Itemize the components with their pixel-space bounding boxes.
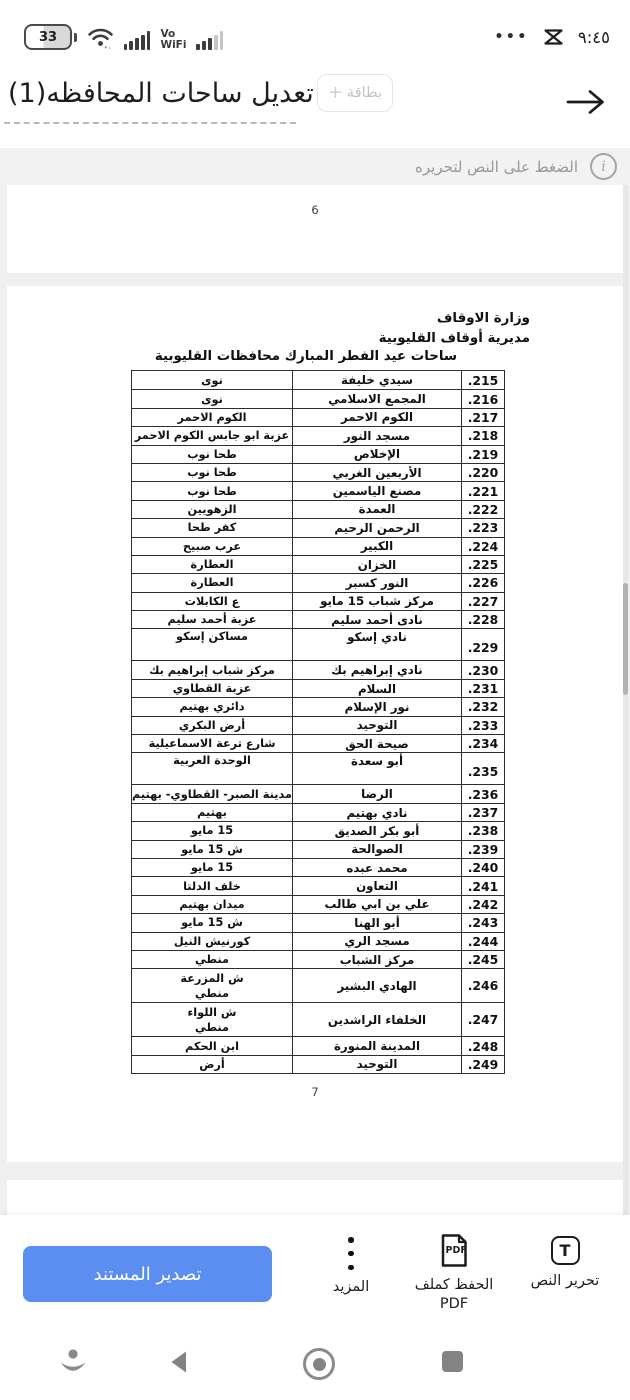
assistant-icon[interactable] — [56, 1346, 90, 1380]
cell-location[interactable]: نوى — [132, 371, 293, 389]
cell-name[interactable]: مركز شباب 15 مايو — [293, 593, 462, 610]
home-icon[interactable] — [303, 1348, 335, 1380]
cell-number[interactable]: .218 — [462, 427, 504, 444]
table-row: خلف الدلتاالتعاون.241 — [132, 876, 504, 894]
cell-number[interactable]: .215 — [462, 371, 504, 389]
svg-text:PDF: PDF — [446, 1245, 467, 1256]
cell-name[interactable]: الخلفاء الراشدين — [293, 1003, 462, 1036]
cell-number[interactable]: .239 — [462, 841, 504, 858]
table-row: ش 15 مايوأبو الهنا.243 — [132, 913, 504, 931]
cell-location[interactable]: العطارة — [132, 574, 293, 591]
cell-location[interactable]: 15 مايو — [132, 859, 293, 876]
table-row: كورنيش النيلمسجد الري.244 — [132, 932, 504, 950]
table-row: أرضالتوحيد.249 — [132, 1055, 504, 1073]
cell-location[interactable]: عزبة القطاوي — [132, 680, 293, 697]
table-row: أرض البكريالتوحيد.233 — [132, 716, 504, 734]
title-bar: تعديل ساحات المحافظه(1) + بطاقة — [0, 60, 630, 148]
info-hint-text: الضغط على النص لتحريره — [415, 158, 578, 176]
table-row: الوحدة العربيةأبو سعدة.235 — [132, 752, 504, 784]
cell-location[interactable]: ش اللواءمنطي — [132, 1003, 293, 1036]
table-row: شارع ترعة الاسماعيليةصيحة الحق.234 — [132, 734, 504, 752]
clock-time: ٩:٤٥ — [578, 28, 610, 47]
cell-location[interactable]: 15 مايو — [132, 822, 293, 839]
cell-location[interactable]: عرب صبيح — [132, 538, 293, 555]
cell-name[interactable]: مسجد النور — [293, 427, 462, 444]
cell-number[interactable]: .241 — [462, 877, 504, 894]
table-row: ع الكابلاتمركز شباب 15 مايو.227 — [132, 592, 504, 610]
table-row: عزبة ابو جابس الكوم الاحمرمسجد النور.218 — [132, 426, 504, 444]
cell-number[interactable]: .248 — [462, 1037, 504, 1054]
cell-location[interactable]: منطي — [132, 951, 293, 968]
cell-location[interactable]: ع الكابلات — [132, 593, 293, 610]
status-bar: 33 Vo WiFi ••• ٩:٤٥ — [0, 0, 630, 60]
cell-number[interactable]: .244 — [462, 933, 504, 950]
header-line-1[interactable]: وزارة الاوقاف — [7, 309, 623, 329]
cell-name[interactable]: التوحيد — [293, 1056, 462, 1073]
cell-name[interactable]: أبو بكر الصديق — [293, 822, 462, 839]
info-icon: i — [590, 153, 617, 180]
cell-number[interactable]: .240 — [462, 859, 504, 876]
cell-name[interactable]: علي بن ابي طالب — [293, 896, 462, 913]
table-row: منطيمركز الشباب.245 — [132, 950, 504, 968]
cell-number[interactable]: .233 — [462, 717, 504, 734]
export-document-button[interactable]: تصدير المستند — [23, 1246, 272, 1302]
cell-location[interactable]: بهتيم — [132, 804, 293, 821]
cell-number[interactable]: .219 — [462, 446, 504, 463]
cell-name[interactable]: سيدي خليفة — [293, 371, 462, 389]
table-row: الزهويينالعمدة.222 — [132, 500, 504, 518]
cell-location[interactable]: نوى — [132, 390, 293, 407]
cell-location[interactable]: مساكن إسكو — [132, 629, 293, 660]
cell-name[interactable]: الإخلاص — [293, 446, 462, 463]
text-edit-icon: T — [551, 1236, 580, 1265]
cell-number[interactable]: .220 — [462, 464, 504, 481]
cell-location[interactable]: شارع ترعة الاسماعيلية — [132, 735, 293, 752]
cell-name[interactable]: نادي إبراهيم بك — [293, 661, 462, 678]
document-viewer: 6 وزارة الاوقاف مديرية أوقاف القليوبية س… — [0, 185, 630, 1215]
cell-location[interactable]: طحا نوب — [132, 446, 293, 463]
toolbar-item-label: المزيد — [333, 1278, 369, 1297]
cell-location[interactable]: طحا نوب — [132, 464, 293, 481]
plus-icon: + — [328, 84, 343, 102]
bottom-toolbar: تصدير المستند T تحرير النص PDF الحفظ كمل… — [0, 1215, 630, 1330]
cell-name[interactable]: صيحة الحق — [293, 735, 462, 752]
table-row: ميدان بهتيمعلي بن ابي طالب.242 — [132, 895, 504, 913]
cell-name[interactable]: الخزان — [293, 556, 462, 573]
cell-location[interactable]: مدينة الصبر- القطاوي- بهتيم — [132, 785, 293, 802]
cell-location[interactable]: طحا نوب — [132, 482, 293, 499]
cell-number[interactable]: .236 — [462, 785, 504, 802]
back-icon[interactable] — [166, 1348, 190, 1376]
cell-number[interactable]: .227 — [462, 593, 504, 610]
table-row: 15 مايومحمد عبده.240 — [132, 858, 504, 876]
cell-name[interactable]: المجمع الاسلامي — [293, 390, 462, 407]
cell-number[interactable]: .249 — [462, 1056, 504, 1073]
scrollbar-track[interactable] — [623, 185, 628, 1215]
cell-name[interactable]: نادي إسكو — [293, 629, 462, 660]
table-row: طحا نوبمصنع الياسمين.221 — [132, 481, 504, 499]
status-left-cluster: 33 Vo WiFi — [24, 24, 223, 50]
table-row: نوىالمجمع الاسلامي.216 — [132, 389, 504, 407]
cell-location[interactable]: مركز شباب إبراهيم بك — [132, 661, 293, 678]
wifi-icon — [87, 26, 114, 50]
document-title-row: تعديل ساحات المحافظه(1) + بطاقة — [8, 74, 393, 112]
cell-number[interactable]: .235 — [462, 753, 504, 784]
cell-number[interactable]: .231 — [462, 680, 504, 697]
cell-location[interactable]: عزبة ابو جابس الكوم الاحمر — [132, 427, 293, 444]
back-arrow-icon[interactable] — [565, 87, 607, 117]
edit-text-button[interactable]: T تحرير النص — [513, 1236, 617, 1291]
cell-location[interactable]: عزبة أحمد سليم — [132, 611, 293, 628]
cell-name[interactable]: المدينة المنورة — [293, 1037, 462, 1054]
cell-name[interactable]: مسجد الري — [293, 933, 462, 950]
cell-name[interactable]: التعاون — [293, 877, 462, 894]
cell-number[interactable]: .224 — [462, 538, 504, 555]
status-right-cluster: ••• ٩:٤٥ — [494, 28, 610, 47]
table-row: العطارةالنور كسبر.226 — [132, 573, 504, 591]
table-row: عزبة أحمد سليمنادى أحمد سليم.228 — [132, 610, 504, 628]
cell-number[interactable]: .243 — [462, 914, 504, 931]
cell-number[interactable]: .238 — [462, 822, 504, 839]
table-row: مدينة الصبر- القطاوي- بهتيمالرضا.236 — [132, 784, 504, 802]
cell-name[interactable]: العمدة — [293, 501, 462, 518]
cell-location[interactable]: كورنيش النيل — [132, 933, 293, 950]
cell-name[interactable]: مركز الشباب — [293, 951, 462, 968]
cell-number[interactable]: .223 — [462, 519, 504, 536]
header-line-3[interactable]: ساحات عيد الفطر المبارك محافظات القليوبي… — [0, 349, 614, 364]
table-row: نوىسيدي خليفة.215 — [132, 371, 504, 389]
cell-location[interactable]: الكوم الاحمر — [132, 409, 293, 426]
table-row: 15 مايوأبو بكر الصديق.238 — [132, 821, 504, 839]
document-page-7: وزارة الاوقاف مديرية أوقاف القليوبية ساح… — [7, 286, 623, 1162]
cell-name[interactable]: التوحيد — [293, 717, 462, 734]
cell-location[interactable]: دائري بهتيم — [132, 698, 293, 715]
signal-bars-2-icon — [196, 30, 223, 50]
cell-number[interactable]: .245 — [462, 951, 504, 968]
cell-location[interactable]: خلف الدلتا — [132, 877, 293, 894]
table-row: طحا نوبالإخلاص.219 — [132, 445, 504, 463]
cell-number[interactable]: .232 — [462, 698, 504, 715]
cell-number[interactable]: .226 — [462, 574, 504, 591]
cell-location[interactable]: ابن الحكم — [132, 1037, 293, 1054]
cell-location[interactable]: ش المزرعةمنطي — [132, 969, 293, 1002]
cell-number[interactable]: .217 — [462, 409, 504, 426]
title-dashed-underline — [4, 122, 296, 124]
battery-icon: 33 — [24, 24, 77, 50]
more-vertical-icon — [348, 1236, 354, 1271]
cell-location[interactable]: ش 15 مايو — [132, 914, 293, 931]
toolbar-item-label: الحفظ كملف PDF — [399, 1276, 509, 1314]
document-page-8 — [7, 1180, 623, 1215]
cell-number[interactable]: .216 — [462, 390, 504, 407]
cell-name[interactable]: مصنع الياسمين — [293, 482, 462, 499]
signal-bars-icon — [124, 30, 151, 50]
page-number: 6 — [7, 185, 623, 217]
cell-name[interactable]: نادى أحمد سليم — [293, 611, 462, 628]
table-row: طحا نوبالأربعين الغربي.220 — [132, 463, 504, 481]
table-row: دائري بهتيمنور الإسلام.232 — [132, 697, 504, 715]
cell-number[interactable]: .237 — [462, 804, 504, 821]
cell-number[interactable]: .234 — [462, 735, 504, 752]
add-tag-chip[interactable]: + بطاقة — [317, 74, 393, 112]
table-row: عزبة القطاويالسلام.231 — [132, 679, 504, 697]
pdf-file-icon: PDF — [436, 1232, 472, 1269]
cell-name[interactable]: أبو الهنا — [293, 914, 462, 931]
cell-name[interactable]: نور الإسلام — [293, 698, 462, 715]
cell-name[interactable]: الرحمن الرحيم — [293, 519, 462, 536]
table-row: الكوم الاحمرالكوم الاحمر.217 — [132, 408, 504, 426]
cell-name[interactable]: أبو سعدة — [293, 753, 462, 784]
toolbar-item-label: تحرير النص — [531, 1272, 600, 1291]
cell-number[interactable]: .225 — [462, 556, 504, 573]
cell-number[interactable]: .247 — [462, 1003, 504, 1036]
cell-location[interactable]: أرض البكري — [132, 717, 293, 734]
cell-number[interactable]: .229 — [462, 629, 504, 660]
cell-name[interactable]: الهادي البشير — [293, 969, 462, 1002]
cell-name[interactable]: السلام — [293, 680, 462, 697]
cell-name[interactable]: النور كسبر — [293, 574, 462, 591]
scrollbar-thumb[interactable] — [623, 583, 628, 695]
cell-location[interactable]: ش 15 مايو — [132, 841, 293, 858]
cell-location[interactable]: كفر طحا — [132, 519, 293, 536]
document-title[interactable]: تعديل ساحات المحافظه(1) — [8, 78, 314, 109]
cell-location[interactable]: ميدان بهتيم — [132, 896, 293, 913]
save-as-pdf-button[interactable]: PDF الحفظ كملف PDF — [399, 1232, 509, 1314]
doc-table: نوىسيدي خليفة.215نوىالمجمع الاسلامي.216ا… — [131, 370, 505, 1074]
cell-location[interactable]: أرض — [132, 1056, 293, 1073]
cell-number[interactable]: .246 — [462, 969, 504, 1002]
cell-name[interactable]: الأربعين الغربي — [293, 464, 462, 481]
table-row: ابن الحكمالمدينة المنورة.248 — [132, 1036, 504, 1054]
table-row: بهتيمنادي بهتيم.237 — [132, 803, 504, 821]
cell-number[interactable]: .230 — [462, 661, 504, 678]
table-row: ش المزرعةمنطيالهادي البشير.246 — [132, 968, 504, 1002]
table-row: عرب صبيحالكبير.224 — [132, 537, 504, 555]
page-number: 7 — [7, 1085, 623, 1099]
document-header: وزارة الاوقاف مديرية أوقاف القليوبية ساح… — [7, 286, 623, 364]
cell-location[interactable]: العطارة — [132, 556, 293, 573]
cell-location[interactable]: الزهويين — [132, 501, 293, 518]
cell-name[interactable]: الكبير — [293, 538, 462, 555]
battery-percent: 33 — [24, 24, 72, 50]
cell-number[interactable]: .228 — [462, 611, 504, 628]
table-row: مركز شباب إبراهيم بكنادي إبراهيم بك.230 — [132, 660, 504, 678]
tag-chip-label: بطاقة — [347, 85, 382, 101]
cell-location[interactable]: الوحدة العربية — [132, 753, 293, 784]
info-hint-bar: i الضغط على النص لتحريره — [0, 148, 630, 185]
recents-icon[interactable] — [442, 1351, 463, 1372]
table-row: مساكن إسكونادي إسكو.229 — [132, 628, 504, 660]
cell-number[interactable]: .242 — [462, 896, 504, 913]
cell-name[interactable]: نادي بهتيم — [293, 804, 462, 821]
cell-name[interactable]: محمد عبده — [293, 859, 462, 876]
status-overflow-dots-icon: ••• — [494, 29, 528, 45]
android-nav-bar — [0, 1330, 630, 1400]
cell-number[interactable]: .222 — [462, 501, 504, 518]
cell-name[interactable]: الكوم الاحمر — [293, 409, 462, 426]
cell-name[interactable]: الرضا — [293, 785, 462, 802]
document-page-6: 6 — [7, 185, 623, 273]
more-button[interactable]: المزيد — [314, 1236, 388, 1297]
header-line-2[interactable]: مديرية أوقاف القليوبية — [7, 329, 623, 349]
cell-name[interactable]: الصوالحة — [293, 841, 462, 858]
table-row: كفر طحاالرحمن الرحيم.223 — [132, 518, 504, 536]
vowifi-label: Vo WiFi — [160, 29, 186, 50]
table-row: ش اللواءمنطيالخلفاء الراشدين.247 — [132, 1002, 504, 1036]
table-row: العطارةالخزان.225 — [132, 555, 504, 573]
cell-number[interactable]: .221 — [462, 482, 504, 499]
notification-bowtie-icon — [543, 28, 564, 46]
table-row: ش 15 مايوالصوالحة.239 — [132, 840, 504, 858]
